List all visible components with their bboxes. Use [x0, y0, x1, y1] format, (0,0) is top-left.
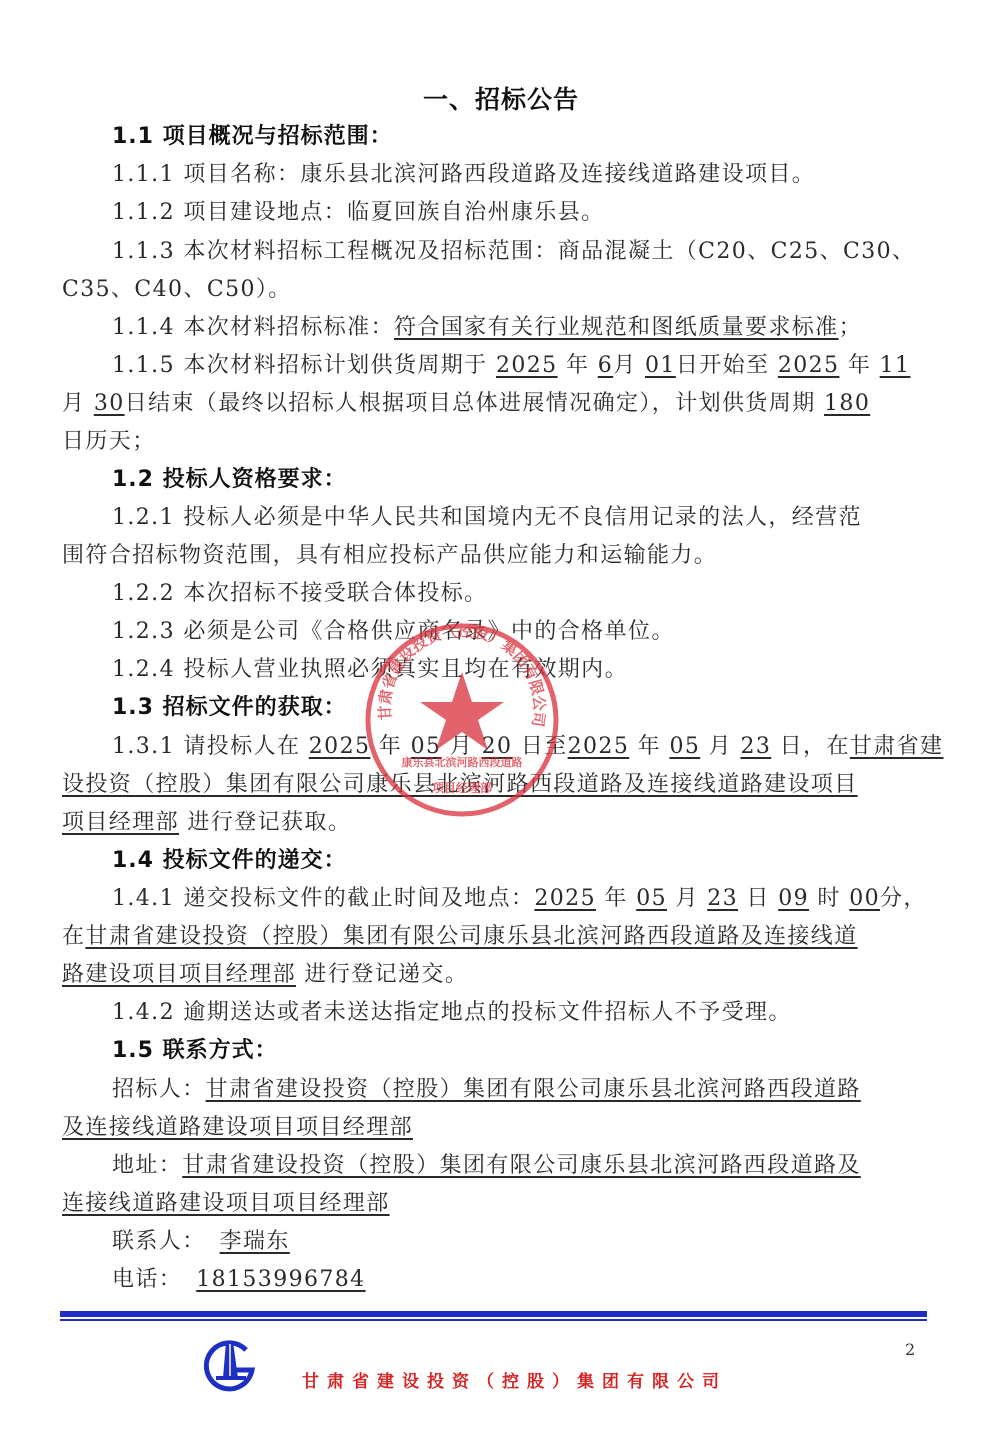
from-year: 2025: [309, 734, 371, 759]
tenderer-value: 及连接线道路建设项目项目经理部: [62, 1115, 413, 1140]
acquisition-place: 项目经理部: [62, 810, 179, 835]
tenderer-line2: 及连接线道路建设项目项目经理部: [62, 1109, 927, 1147]
item-1-1-4-standard: 符合国家有关行业规范和图纸质量要求标准: [394, 315, 839, 340]
year-unit: 年: [638, 734, 661, 759]
item-1-4-1-line2: 在甘肃省建设投资（控股）集团有限公司康乐县北滨河路西段道路及连接线道: [62, 918, 927, 956]
company-logo-icon: [202, 1336, 258, 1392]
tenderer-line1: 招标人：甘肃省建设投资（控股）集团有限公司康乐县北滨河路西段道路: [112, 1071, 927, 1109]
contact-line: 联系人：李瑞东: [112, 1223, 927, 1261]
footer-company-name: 甘肃省建设投资（控股）集团有限公司: [302, 1367, 727, 1392]
day-unit: 日: [746, 886, 769, 911]
footer-rule-thick: [60, 1311, 927, 1317]
item-1-1-3-line2: C35、C40、C50）。: [62, 271, 927, 309]
month-unit: 月: [62, 391, 85, 416]
day-unit: 日至: [521, 734, 568, 759]
year-unit: 年: [604, 886, 627, 911]
acquisition-place: 设投资（控股）集团有限公司: [62, 772, 366, 797]
item-1-4-1-line1: 1.4.1 递交投标文件的截止时间及地点：2025 年 05 月 23 日 09…: [112, 880, 927, 918]
item-1-4-1-label: 1.4.1 递交投标文件的截止时间及地点：: [112, 886, 534, 911]
section-heading-1-1: 1.1 项目概况与招标范围：: [112, 118, 927, 156]
month-unit: 月: [450, 734, 473, 759]
item-1-3-1-label: 1.3.1 请投标人在: [112, 734, 300, 759]
month-unit: 月: [709, 734, 732, 759]
item-1-1-5-line3: 日历天；: [62, 423, 927, 461]
item-1-1-5-label: 1.1.5 本次材料招标计划供货周期于: [112, 353, 488, 378]
item-1-1-4-label: 1.1.4 本次材料招标标准：: [112, 315, 394, 340]
item-1-1-5-line1: 1.1.5 本次材料招标计划供货周期于 2025 年 6月 01日开始至 202…: [112, 347, 927, 385]
end-year: 2025: [778, 353, 840, 378]
end-text: 日结束（最终以招标人根据项目总体进展情况确定），计划供货周期: [125, 391, 816, 416]
tenderer-label: 招标人：: [112, 1077, 206, 1102]
acquisition-place: 甘肃省建: [850, 734, 944, 759]
minute-unit: 分，: [880, 886, 927, 911]
section-heading-1-2: 1.2 投标人资格要求：: [112, 461, 927, 499]
submission-suffix: 进行登记递交。: [304, 962, 468, 987]
end-day: 30: [94, 391, 125, 416]
item-1-1-2: 1.1.2 项目建设地点：临夏回族自治州康乐县。: [112, 194, 927, 232]
end-month: 11: [880, 353, 911, 378]
day-unit: 日开始至: [676, 353, 770, 378]
start-month: 6: [598, 353, 613, 378]
address-value: 连接线道路建设项目项目经理部: [62, 1191, 390, 1216]
contact-label: 联系人：: [112, 1229, 206, 1254]
address-line1: 地址：甘肃省建设投资（控股）集团有限公司康乐县北滨河路西段道路及: [112, 1147, 927, 1185]
contact-value: 李瑞东: [206, 1229, 304, 1254]
item-1-2-1-line1: 1.2.1 投标人必须是中华人民共和国境内无不良信用记录的法人，经营范: [112, 499, 927, 537]
item-1-2-1-line2: 围符合招标物资范围，具有相应投标产品供应能力和运输能力。: [62, 537, 927, 575]
item-1-3-1-line1: 1.3.1 请投标人在 2025 年 05 月 20 日至2025 年 05 月…: [112, 728, 927, 766]
from-day: 20: [482, 734, 513, 759]
from-month: 05: [411, 734, 442, 759]
item-1-4-2: 1.4.2 逾期送达或者未送达指定地点的投标文件招标人不予受理。: [112, 994, 927, 1032]
year-unit: 年: [379, 734, 402, 759]
phone-label: 电话：: [112, 1267, 182, 1292]
footer-rule-thin: [60, 1319, 927, 1321]
acquisition-suffix: 进行登记获取。: [187, 810, 351, 835]
phone-value: 18153996784: [182, 1267, 375, 1292]
punctuation: ；: [839, 315, 862, 340]
day-unit: 日，在: [780, 734, 850, 759]
deadline-minute: 00: [849, 886, 880, 911]
section-heading-1-4: 1.4 投标文件的递交：: [112, 842, 927, 880]
section-heading-1-3: 1.3 招标文件的获取：: [112, 689, 927, 727]
item-1-4-1-line3: 路建设项目项目经理部 进行登记递交。: [62, 956, 927, 994]
submission-place: 甘肃省建设投资（控股）集团有限公司康乐县北滨河路西段道路及连接线道: [85, 924, 857, 949]
at-text: 在: [62, 924, 85, 949]
phone-line: 电话：18153996784: [112, 1261, 927, 1299]
item-1-3-1-line3: 项目经理部 进行登记获取。: [62, 804, 927, 842]
address-label: 地址：: [112, 1153, 182, 1178]
item-1-2-3: 1.2.3 必须是公司《合格供应商名录》中的合格单位。: [112, 613, 927, 651]
address-line2: 连接线道路建设项目项目经理部: [62, 1185, 927, 1223]
year-unit: 年: [848, 353, 871, 378]
page-title: 一、招标公告: [0, 80, 1002, 116]
page-number: 2: [905, 1340, 915, 1359]
to-year: 2025: [568, 734, 630, 759]
item-1-1-4: 1.1.4 本次材料招标标准：符合国家有关行业规范和图纸质量要求标准；: [112, 309, 927, 347]
item-1-1-3-line1: 1.1.3 本次材料招标工程概况及招标范围：商品混凝土（C20、C25、C30、: [112, 233, 927, 271]
deadline-month: 05: [636, 886, 667, 911]
tenderer-value: 甘肃省建设投资（控股）集团有限公司康乐县北滨河路西段道路: [206, 1077, 861, 1102]
to-month: 05: [669, 734, 700, 759]
address-value: 甘肃省建设投资（控股）集团有限公司康乐县北滨河路西段道路及: [182, 1153, 861, 1178]
hour-unit: 时: [817, 886, 840, 911]
to-day: 23: [740, 734, 771, 759]
month-unit: 月: [675, 886, 698, 911]
acquisition-place: 康乐县北滨河路西段道路及连接线道路建设项目: [366, 772, 857, 797]
item-1-2-4: 1.2.4 投标人营业执照必须真实且均在有效期内。: [112, 651, 927, 689]
year-unit: 年: [566, 353, 589, 378]
item-1-1-1: 1.1.1 项目名称：康乐县北滨河路西段道路及连接线道路建设项目。: [112, 156, 927, 194]
deadline-hour: 09: [778, 886, 809, 911]
item-1-3-1-line2: 设投资（控股）集团有限公司康乐县北滨河路西段道路及连接线道路建设项目: [62, 766, 927, 804]
supply-days: 180: [824, 391, 870, 416]
submission-place: 路建设项目项目经理部: [62, 962, 296, 987]
item-1-1-5-line2: 月 30日结束（最终以招标人根据项目总体进展情况确定），计划供货周期 180: [62, 385, 927, 423]
section-heading-1-5: 1.5 联系方式：: [112, 1032, 927, 1070]
item-1-2-2: 1.2.2 本次招标不接受联合体投标。: [112, 575, 927, 613]
deadline-day: 23: [707, 886, 738, 911]
deadline-year: 2025: [534, 886, 596, 911]
document-page: 一、招标公告 1.1 项目概况与招标范围： 1.1.1 项目名称：康乐县北滨河路…: [0, 0, 1002, 1445]
start-year: 2025: [496, 353, 558, 378]
month-unit: 月: [613, 353, 636, 378]
start-day: 01: [645, 353, 676, 378]
